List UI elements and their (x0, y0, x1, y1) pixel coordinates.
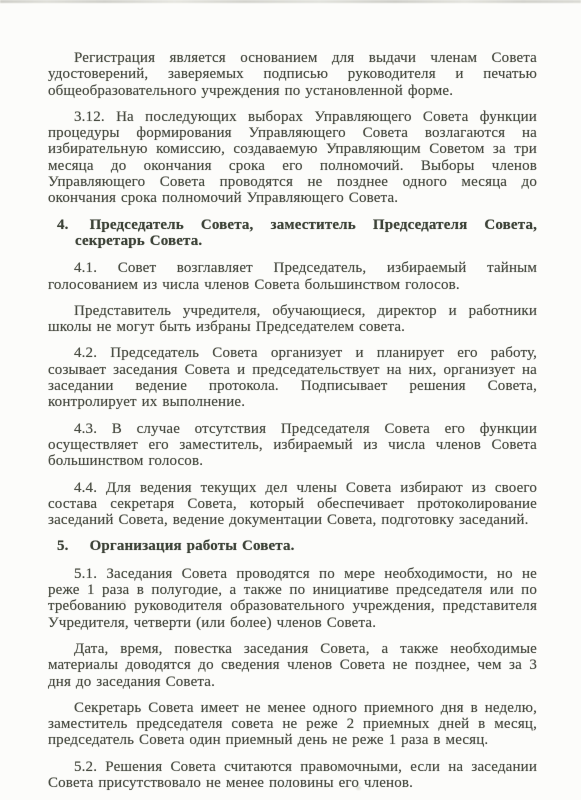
paragraph-founder-representative: Представитель учредителя, обучающиеся, д… (48, 303, 537, 336)
scan-artifact-top-edge (0, 0, 581, 3)
paragraph-meeting-notice: Дата, время, повестка заседания Совета, … (48, 641, 537, 690)
scanned-document-page: Регистрация является основанием для выда… (0, 0, 581, 800)
section-heading-5: 5.Организация работы Совета. (48, 538, 537, 554)
paragraph-4-2: 4.2. Председатель Совета организует и пл… (48, 345, 537, 410)
section-5-number: 5. (57, 538, 69, 554)
paragraph-registration: Регистрация является основанием для выда… (48, 50, 537, 99)
paragraph-4-3: 4.3. В случае отсутствия Председателя Со… (48, 421, 537, 470)
paragraph-reception-days: Секретарь Совета имеет не менее одного п… (48, 700, 537, 749)
paragraph-3-12: 3.12. На последующих выборах Управляющег… (48, 109, 537, 207)
paragraph-4-1: 4.1. Совет возглавляет Председатель, изб… (48, 260, 537, 293)
section-4-title: Председатель Совета, заместитель Председ… (75, 217, 537, 249)
section-heading-4: 4.Председатель Совета, заместитель Предс… (48, 217, 537, 250)
section-4-number: 4. (57, 217, 69, 233)
document-content: Регистрация является основанием для выда… (48, 50, 537, 800)
paragraph-4-4: 4.4. Для ведения текущих дел члены Совет… (48, 480, 537, 529)
paragraph-5-2: 5.2. Решения Совета считаются правомочны… (48, 759, 537, 792)
paragraph-5-1: 5.1. Заседания Совета проводятся по мере… (48, 566, 537, 631)
section-5-title: Организация работы Совета. (90, 538, 295, 554)
